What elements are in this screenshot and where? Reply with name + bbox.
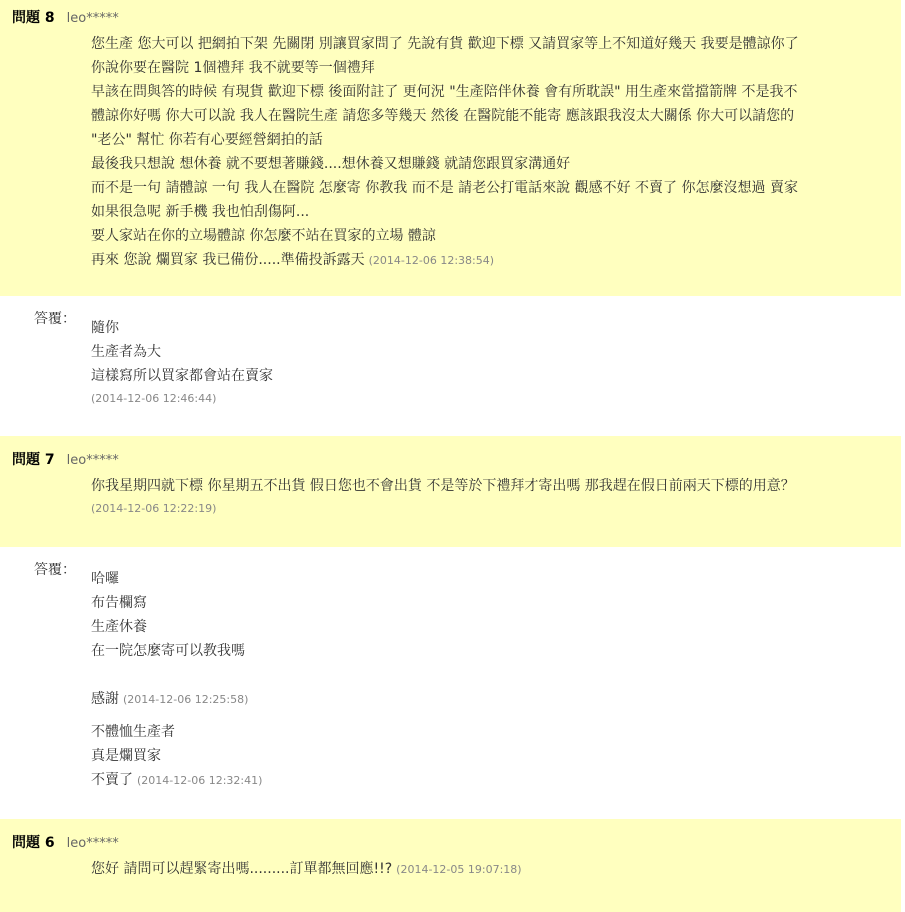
answer-line: 生產休養 <box>91 615 905 639</box>
answer-line: 布告欄寫 <box>91 591 905 615</box>
qa-list: 問題 8 leo***** 您生產 您大可以 把網拍下架 先關閉 別讓買家問了 … <box>0 0 905 912</box>
answer-timestamp: (2014-12-06 12:46:44) <box>91 388 905 410</box>
question-line: 再來 您說 爛買家 我已備份.....準備投訴露天(2014-12-06 12:… <box>91 248 901 273</box>
answer-timestamp: (2014-12-06 12:32:41) <box>137 774 262 787</box>
question-text: 再來 您說 爛買家 我已備份.....準備投訴露天 <box>91 252 365 268</box>
question-timestamp: (2014-12-05 19:07:18) <box>396 863 521 876</box>
question-line: 如果很急呢 新手機 我也怕刮傷阿... <box>91 200 901 224</box>
question-6: 問題 6 leo***** 您好 請問可以趕緊寄出嗎.........訂單都無回… <box>0 819 901 912</box>
question-7: 問題 7 leo***** 你我星期四就下標 你星期五不出貨 假日您也不會出貨 … <box>0 436 901 547</box>
answer-body: 隨你 生產者為大 這樣寫所以買家都會站在賣家 (2014-12-06 12:46… <box>91 316 905 410</box>
question-body: 你我星期四就下標 你星期五不出貨 假日您也不會出貨 不是等於下禮拜才寄出嗎 那我… <box>91 474 901 520</box>
answer-line <box>91 663 905 687</box>
answer-body: 哈囉 布告欄寫 生產休養 在一院怎麼寄可以教我嗎 感謝(2014-12-06 1… <box>91 567 905 793</box>
answer-line: 不賣了(2014-12-06 12:32:41) <box>91 768 905 793</box>
answer-line: 在一院怎麼寄可以教我嗎 <box>91 639 905 663</box>
answer-line: 這樣寫所以買家都會站在賣家 <box>91 364 905 388</box>
question-label: 問題 7 <box>12 450 55 470</box>
question-line: 最後我只想說 想休養 就不要想著賺錢....想休養又想賺錢 就請您跟買家溝通好 <box>91 152 901 176</box>
answer-group: 不體恤生產者 真是爛買家 不賣了(2014-12-06 12:32:41) <box>91 720 905 793</box>
answer-group: 哈囉 布告欄寫 生產休養 在一院怎麼寄可以教我嗎 感謝(2014-12-06 1… <box>91 567 905 712</box>
question-8: 問題 8 leo***** 您生產 您大可以 把網拍下架 先關閉 別讓買家問了 … <box>0 0 901 296</box>
spacer <box>91 712 905 720</box>
answer-7: 答覆： 哈囉 布告欄寫 生產休養 在一院怎麼寄可以教我嗎 感謝(2014-12-… <box>0 547 905 819</box>
answer-text: 感謝 <box>91 691 119 707</box>
answer-label: 答覆： <box>34 559 76 579</box>
question-header: 問題 7 leo***** <box>12 450 901 470</box>
question-line: 要人家站在你的立場體諒 你怎麼不站在買家的立場 體諒 <box>91 224 901 248</box>
question-line: 您好 請問可以趕緊寄出嗎.........訂單都無回應!!?(2014-12-0… <box>91 857 901 882</box>
question-line: 你我星期四就下標 你星期五不出貨 假日您也不會出貨 不是等於下禮拜才寄出嗎 那我… <box>91 474 901 498</box>
question-timestamp: (2014-12-06 12:22:19) <box>91 498 901 520</box>
answer-timestamp: (2014-12-06 12:25:58) <box>123 693 248 706</box>
question-line: 體諒你好嗎 你大可以說 我人在醫院生產 請您多等幾天 然後 在醫院能不能寄 應該… <box>91 104 901 128</box>
answer-line: 隨你 <box>91 316 905 340</box>
answer-text: 不賣了 <box>91 772 133 788</box>
question-line: 早該在問與答的時候 有現貨 歡迎下標 後面附註了 更何況 "生產陪伴休養 會有所… <box>91 80 901 104</box>
question-line: 您生產 您大可以 把網拍下架 先關閉 別讓買家問了 先說有貨 歡迎下標 又請買家… <box>91 32 901 56</box>
answer-line: 真是爛買家 <box>91 744 905 768</box>
answer-label: 答覆： <box>34 308 76 328</box>
question-text: 您好 請問可以趕緊寄出嗎.........訂單都無回應!!? <box>91 861 392 877</box>
question-timestamp: (2014-12-06 12:38:54) <box>369 254 494 267</box>
question-user[interactable]: leo***** <box>67 451 119 471</box>
question-user[interactable]: leo***** <box>67 9 119 29</box>
question-label: 問題 8 <box>12 8 55 28</box>
question-header: 問題 8 leo***** <box>12 8 901 28</box>
answer-line: 不體恤生產者 <box>91 720 905 744</box>
question-body: 您生產 您大可以 把網拍下架 先關閉 別讓買家問了 先說有貨 歡迎下標 又請買家… <box>91 32 901 273</box>
question-user[interactable]: leo***** <box>67 834 119 854</box>
question-line: "老公" 幫忙 你若有心要經營網拍的話 <box>91 128 901 152</box>
answer-line: 生產者為大 <box>91 340 905 364</box>
question-line: 而不是一句 請體諒 一句 我人在醫院 怎麼寄 你教我 而不是 請老公打電話來說 … <box>91 176 901 200</box>
answer-line: 感謝(2014-12-06 12:25:58) <box>91 687 905 712</box>
question-line: 你說你要在醫院 1個禮拜 我不就要等一個禮拜 <box>91 56 901 80</box>
question-header: 問題 6 leo***** <box>12 833 901 853</box>
question-body: 您好 請問可以趕緊寄出嗎.........訂單都無回應!!?(2014-12-0… <box>91 857 901 882</box>
answer-8: 答覆： 隨你 生產者為大 這樣寫所以買家都會站在賣家 (2014-12-06 1… <box>0 296 905 436</box>
answer-line: 哈囉 <box>91 567 905 591</box>
question-label: 問題 6 <box>12 833 55 853</box>
